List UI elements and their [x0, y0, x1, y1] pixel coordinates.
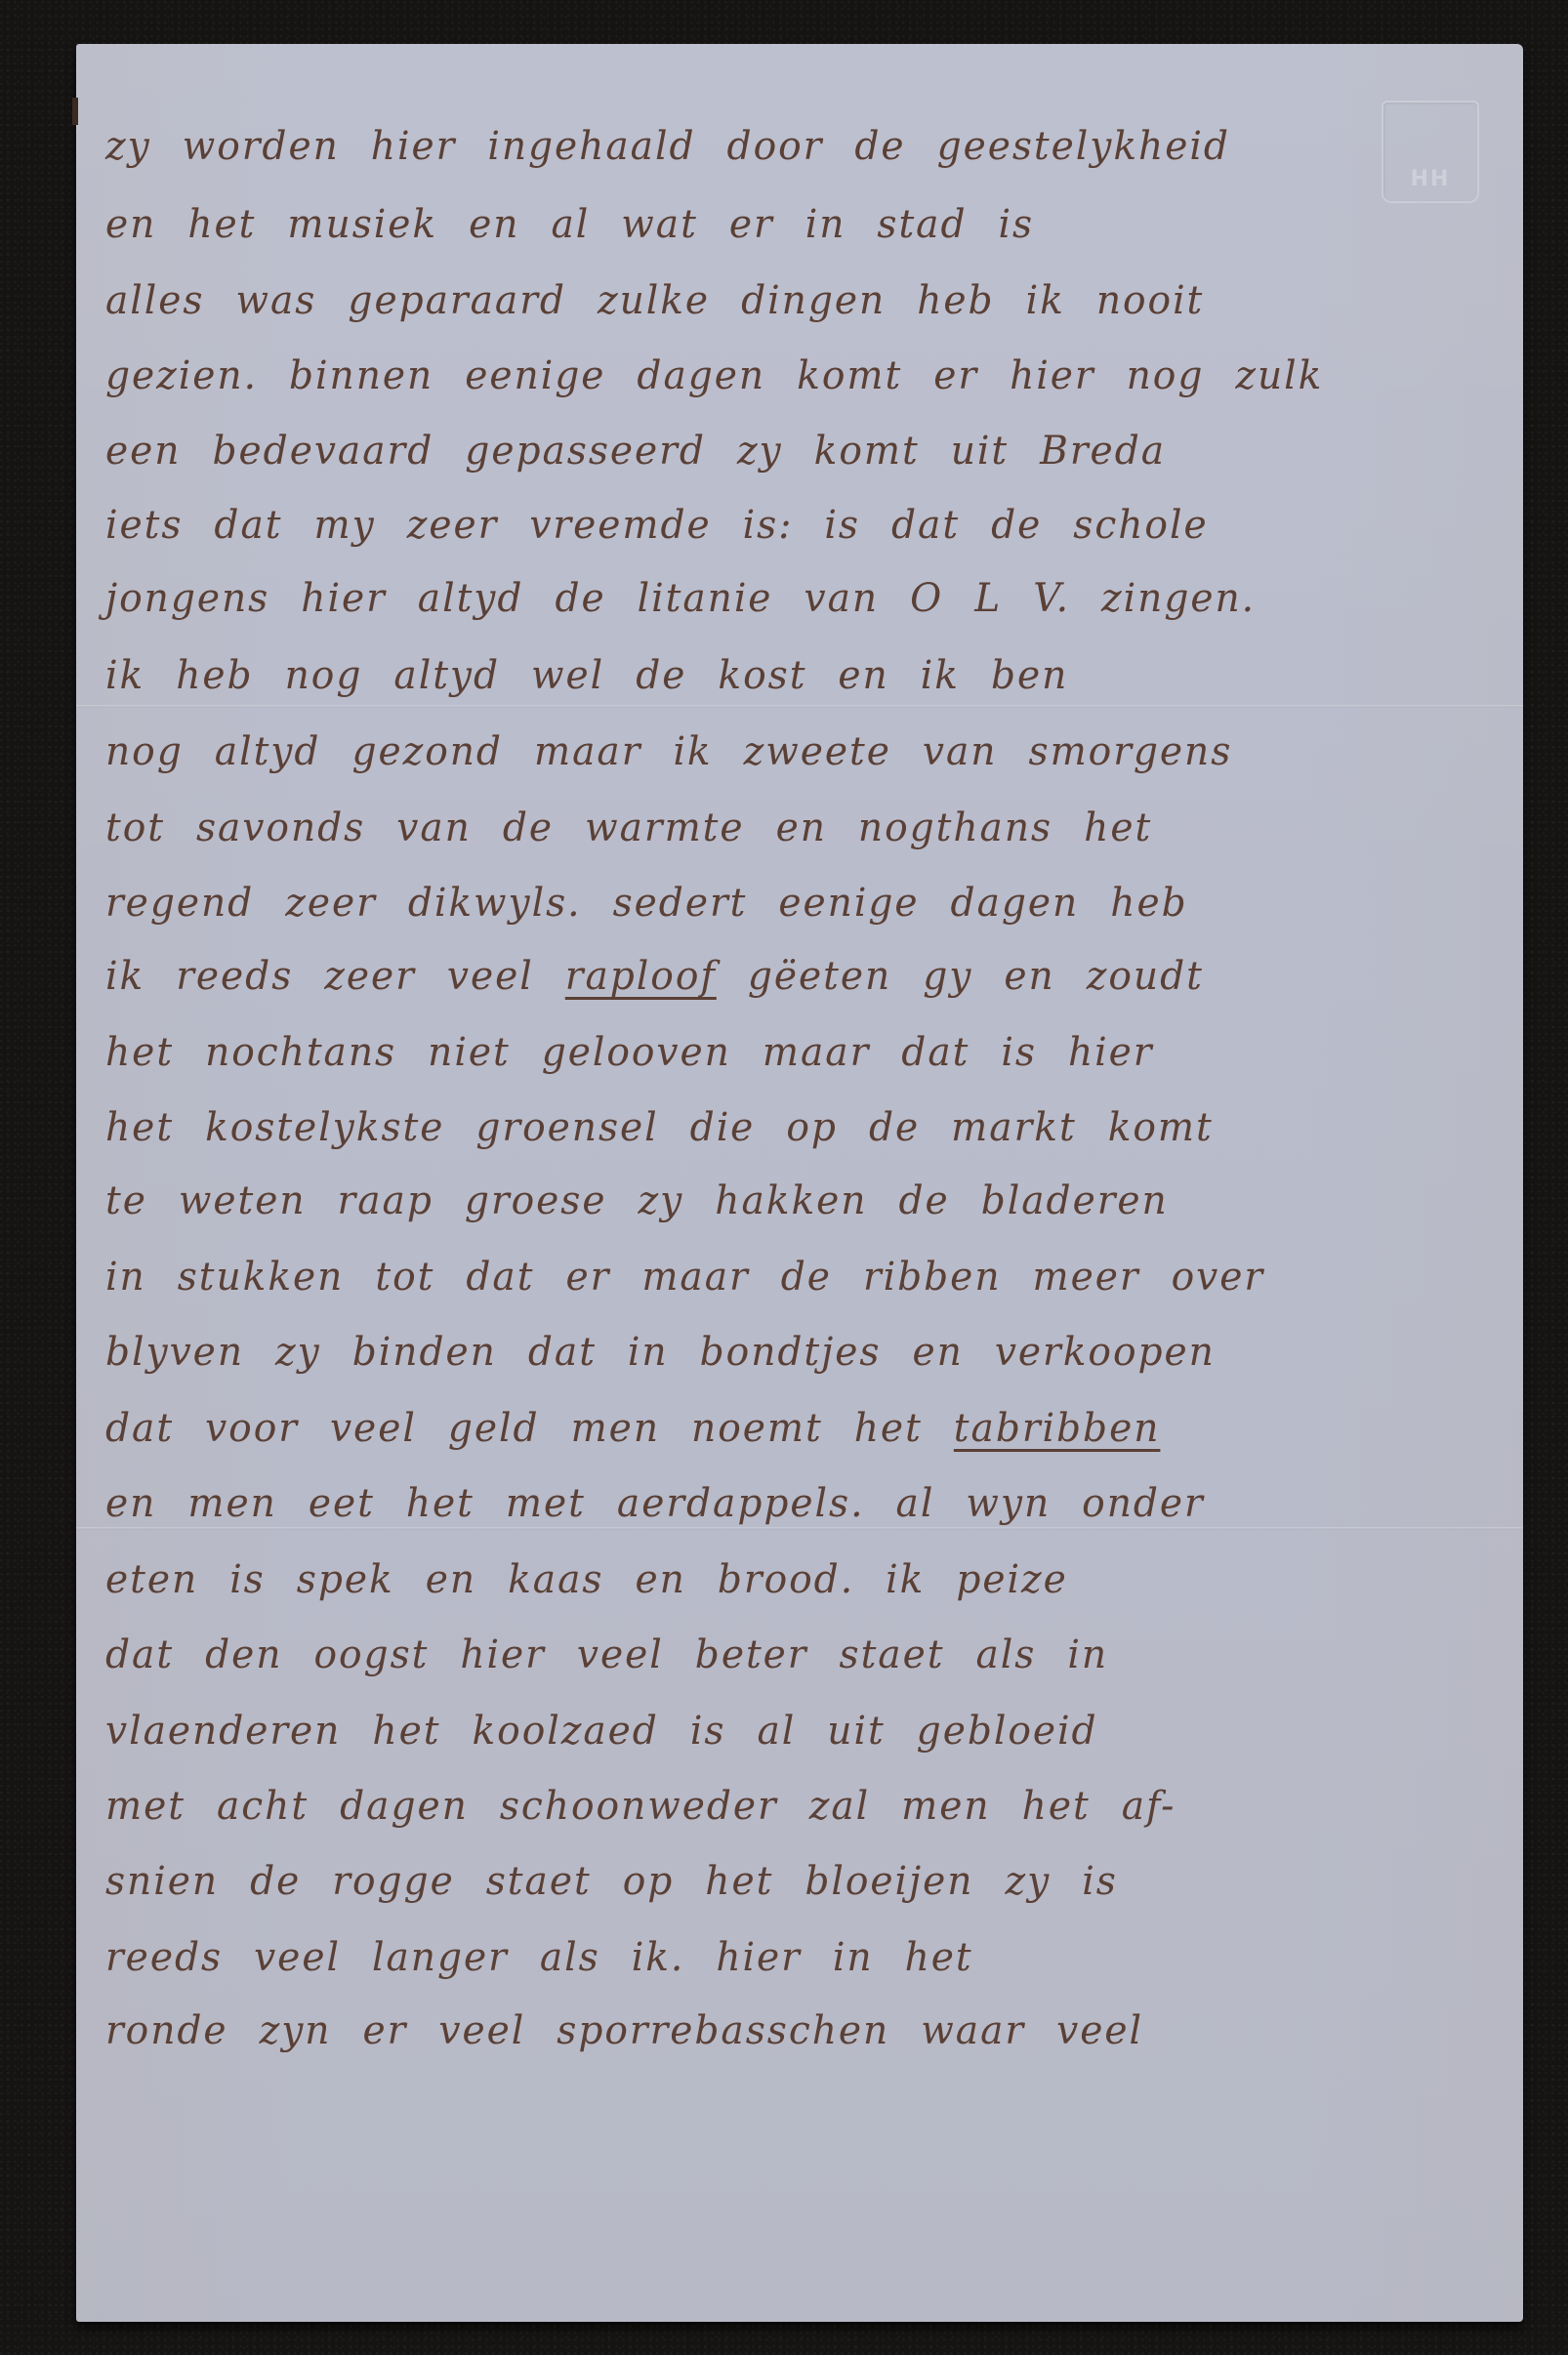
word: het — [1084, 806, 1152, 850]
word: nochtans — [205, 1030, 396, 1075]
word: die — [690, 1105, 756, 1150]
text-line: het kostelykste groensel die op de markt… — [105, 1103, 1482, 1152]
word: de — [899, 1178, 950, 1223]
word: raap — [338, 1178, 433, 1223]
word: het — [105, 1030, 174, 1075]
word: veel — [254, 1935, 341, 1980]
word: dagen — [637, 353, 765, 398]
word: al — [896, 1481, 935, 1526]
word: de — [869, 1105, 920, 1150]
word: dat — [528, 1330, 597, 1375]
word: een — [105, 429, 181, 474]
word: het — [372, 1709, 440, 1754]
text-line: dat den oogst hier veel beter staet als … — [105, 1631, 1482, 1679]
word: heb — [917, 278, 994, 323]
word: ik — [105, 954, 144, 999]
text-line: nog altyd gezond maar ik zweete van smor… — [105, 727, 1482, 776]
word: met — [506, 1481, 586, 1526]
word: stad — [877, 202, 967, 247]
word: gezien. — [105, 353, 258, 398]
word: snien — [105, 1859, 219, 1904]
word: de — [636, 653, 686, 698]
text-line: iets dat my zeer vreemde is: is dat de s… — [105, 501, 1482, 550]
word: stukken — [178, 1255, 345, 1300]
text-line: en het musiek en al wat er in stad is — [105, 200, 1482, 249]
word: zingen. — [1101, 576, 1256, 621]
word: brood. — [718, 1557, 854, 1602]
word: het — [105, 1105, 174, 1150]
word: niet — [428, 1030, 511, 1075]
word: hakken — [715, 1178, 867, 1223]
text-line: ik reeds zeer veel raploof gëeten gy en … — [105, 952, 1482, 1001]
word: is — [1082, 1859, 1118, 1904]
word: heb — [1110, 881, 1187, 926]
word: bedevaard — [212, 429, 433, 474]
text-line: eten is spek en kaas en brood. ik peize — [105, 1555, 1482, 1604]
word: af- — [1122, 1784, 1176, 1829]
word: de — [781, 1255, 832, 1300]
word: dat — [214, 503, 282, 548]
word: hier — [716, 1935, 801, 1980]
word: al — [551, 202, 590, 247]
text-line: regend zeer dikwyls. sedert eenige dagen… — [105, 879, 1482, 928]
text-line: zy worden hier ingehaald door de geestel… — [105, 122, 1482, 171]
word: maar — [641, 1255, 749, 1300]
word: warmte — [585, 806, 744, 850]
word: zy — [1006, 1859, 1052, 1904]
word: ben — [991, 653, 1068, 698]
word: geld — [448, 1406, 540, 1451]
word: eenige — [778, 881, 919, 926]
word: is: — [743, 503, 794, 548]
word: het — [905, 1935, 973, 1980]
word: dat — [105, 1632, 174, 1677]
word: ik. — [632, 1935, 685, 1980]
word: alles — [105, 278, 204, 323]
text-line: een bedevaard gepasseerd zy komt uit Bre… — [105, 427, 1482, 475]
word: langer — [372, 1935, 509, 1980]
text-line: blyven zy binden dat in bondtjes en verk… — [105, 1328, 1482, 1377]
word: O — [910, 576, 943, 621]
text-line: en men eet het met aerdappels. al wyn on… — [105, 1479, 1482, 1528]
underlined-word: raploof — [565, 954, 717, 999]
word: komt — [797, 353, 902, 398]
word: van — [396, 806, 472, 850]
word: en — [426, 1557, 476, 1602]
word: in — [105, 1255, 146, 1300]
word: Breda — [1040, 429, 1166, 474]
text-line: tot savonds van de warmte en nogthans he… — [105, 804, 1482, 852]
word: reeds — [105, 1935, 223, 1980]
word: veel — [330, 1406, 417, 1451]
word: is — [824, 503, 860, 548]
word: bloeijen — [805, 1859, 973, 1904]
word: vreemde — [529, 503, 711, 548]
word: hier — [460, 1632, 545, 1677]
word: peize — [956, 1557, 1067, 1602]
word: kaas — [508, 1557, 603, 1602]
word: zal — [809, 1784, 870, 1829]
word: zy — [737, 429, 783, 474]
word: koolzaed — [472, 1709, 658, 1754]
word: hier — [1068, 1030, 1153, 1075]
word: als — [540, 1935, 600, 1980]
word: reeds — [176, 954, 293, 999]
word: bladeren — [981, 1178, 1169, 1223]
word: dingen — [741, 278, 886, 323]
word: oogst — [313, 1632, 429, 1677]
word: staet — [840, 1632, 945, 1677]
word: groensel — [475, 1105, 658, 1150]
word: en — [838, 653, 888, 698]
word: de — [503, 806, 554, 850]
word: het — [705, 1859, 773, 1904]
word: altyd — [418, 576, 524, 621]
word: acht — [217, 1784, 309, 1829]
word: is — [229, 1557, 266, 1602]
text-line: jongens hier altyd de litanie van O L V.… — [105, 574, 1482, 623]
word: noemt — [691, 1406, 823, 1451]
word: en — [776, 806, 827, 850]
word: ronde — [105, 2008, 228, 2053]
word: smorgens — [1029, 729, 1233, 774]
word: weten — [179, 1178, 307, 1223]
word: beter — [695, 1632, 808, 1677]
word: zy — [105, 124, 151, 169]
word: zweete — [744, 729, 891, 774]
word: waar — [921, 2008, 1025, 2053]
word: geestelykheid — [937, 124, 1230, 169]
word: in — [805, 202, 846, 247]
word: de — [555, 576, 605, 621]
word: ik — [886, 1557, 925, 1602]
word: eet — [309, 1481, 375, 1526]
word: my — [314, 503, 376, 548]
word: blyven — [105, 1330, 244, 1375]
word: litanie — [638, 576, 773, 621]
word: kostelykste — [205, 1105, 444, 1150]
word: zeer — [407, 503, 499, 548]
word: tot — [105, 806, 165, 850]
word: in — [628, 1330, 669, 1375]
word: ik — [1026, 278, 1065, 323]
word: van — [923, 729, 998, 774]
word: het — [1022, 1784, 1091, 1829]
word: er — [933, 353, 978, 398]
word: schole — [1073, 503, 1208, 548]
word: ribben — [863, 1255, 1002, 1300]
word: nog — [285, 653, 363, 698]
word: hier — [371, 124, 456, 169]
word: gebloeid — [917, 1709, 1098, 1754]
text-line: reeds veel langer als ik. hier in het — [105, 1933, 1482, 1982]
word: er — [729, 202, 774, 247]
word: maar — [763, 1030, 870, 1075]
word: sedert — [613, 881, 748, 926]
word: door — [727, 124, 824, 169]
word: bondtjes — [700, 1330, 882, 1375]
word: en — [636, 1557, 686, 1602]
word: ingehaald — [487, 124, 695, 169]
word: en — [1004, 954, 1054, 999]
word: jongens — [105, 576, 269, 621]
word: komt — [1108, 1105, 1214, 1150]
word: wel — [531, 653, 604, 698]
word: staet — [486, 1859, 592, 1904]
word: meer — [1033, 1255, 1140, 1300]
text-line: vlaenderen het koolzaed is al uit gebloe… — [105, 1707, 1482, 1756]
word: gezond — [351, 729, 503, 774]
word: was — [236, 278, 317, 323]
word: sporrebasschen — [557, 2008, 889, 2053]
word: dat — [901, 1030, 970, 1075]
word: regend — [105, 881, 254, 926]
word: maar — [534, 729, 641, 774]
word: V. — [1033, 576, 1070, 621]
word: dagen — [951, 881, 1080, 926]
word: gëeten — [748, 954, 891, 999]
word: men — [901, 1784, 990, 1829]
word: aerdappels. — [617, 1481, 865, 1526]
word: rogge — [332, 1859, 454, 1904]
word: er — [363, 2008, 408, 2053]
word: uit — [951, 429, 1009, 474]
handwritten-text: zy worden hier ingehaald door de geestel… — [76, 44, 1523, 2322]
word: op — [623, 1859, 675, 1904]
word: zulke — [598, 278, 710, 323]
word: zy — [275, 1330, 321, 1375]
word: ik — [673, 729, 712, 774]
word: markt — [951, 1105, 1076, 1150]
word: worden — [183, 124, 340, 169]
word: eten — [105, 1557, 198, 1602]
word: dat — [105, 1406, 174, 1451]
word: musiek — [287, 202, 437, 247]
word: men — [571, 1406, 660, 1451]
letter-page: HH zy worden hier ingehaald door de gees… — [76, 44, 1523, 2322]
word: is — [1001, 1030, 1037, 1075]
word: dikwyls. — [408, 881, 582, 926]
word: zulk — [1235, 353, 1323, 398]
word: heb — [176, 653, 253, 698]
word: de — [991, 503, 1042, 548]
text-line: ik heb nog altyd wel de kost en ik ben — [105, 651, 1482, 700]
word: en — [469, 202, 519, 247]
word: spek — [297, 1557, 394, 1602]
word: als — [975, 1632, 1036, 1677]
word: geparaard — [348, 278, 566, 323]
word: zyn — [260, 2008, 332, 2053]
word: kost — [718, 653, 806, 698]
word: wat — [621, 202, 698, 247]
word: zy — [639, 1178, 684, 1223]
word: ik — [105, 653, 144, 698]
word: komt — [814, 429, 920, 474]
word: ik — [921, 653, 960, 698]
word: gepasseerd — [465, 429, 706, 474]
word: men — [187, 1481, 276, 1526]
text-line: het nochtans niet gelooven maar dat is h… — [105, 1028, 1482, 1077]
word: eenige — [465, 353, 605, 398]
word: onder — [1082, 1481, 1205, 1526]
word: gelooven — [542, 1030, 731, 1075]
word: op — [786, 1105, 838, 1150]
word: verkoopen — [995, 1330, 1216, 1375]
word: het — [406, 1481, 475, 1526]
word: veel — [447, 954, 534, 999]
word: en — [105, 1481, 156, 1526]
underlined-word: tabribben — [954, 1406, 1161, 1451]
word: altyd — [393, 653, 500, 698]
word: is — [690, 1709, 726, 1754]
word: binnen — [289, 353, 433, 398]
word: te — [105, 1178, 147, 1223]
word: zeer — [285, 881, 377, 926]
word: met — [105, 1784, 186, 1829]
word: in — [1067, 1632, 1108, 1677]
word: over — [1172, 1255, 1264, 1300]
text-line: ronde zyn er veel sporrebasschen waar ve… — [105, 2006, 1482, 2055]
word: savonds — [196, 806, 365, 850]
word: schoonweder — [500, 1784, 778, 1829]
word: nog — [105, 729, 184, 774]
word: nooit — [1096, 278, 1204, 323]
word: den — [205, 1632, 282, 1677]
word: voor — [205, 1406, 299, 1451]
text-line: alles was geparaard zulke dingen heb ik … — [105, 276, 1482, 325]
text-line: gezien. binnen eenige dagen komt er hier… — [105, 351, 1482, 400]
word: gy — [923, 954, 972, 999]
text-line: snien de rogge staet op het bloeijen zy … — [105, 1857, 1482, 1906]
word: veel — [577, 1632, 664, 1677]
text-line: dat voor veel geld men noemt het tabribb… — [105, 1404, 1482, 1453]
word: binden — [352, 1330, 497, 1375]
word: groese — [465, 1178, 607, 1223]
word: L — [974, 576, 1002, 621]
text-line: in stukken tot dat er maar de ribben mee… — [105, 1253, 1482, 1301]
word: al — [757, 1709, 796, 1754]
word: het — [187, 202, 256, 247]
word: en — [105, 202, 156, 247]
word: de — [250, 1859, 301, 1904]
word: in — [833, 1935, 874, 1980]
word: nogthans — [858, 806, 1052, 850]
text-line: met acht dagen schoonweder zal men het a… — [105, 1782, 1482, 1831]
word: zeer — [324, 954, 416, 999]
word: de — [854, 124, 905, 169]
word: altyd — [215, 729, 321, 774]
word: dat — [466, 1255, 534, 1300]
word: van — [804, 576, 879, 621]
word: veel — [438, 2008, 525, 2053]
text-line: te weten raap groese zy hakken de blader… — [105, 1177, 1482, 1225]
word: tot — [375, 1255, 434, 1300]
word: het — [854, 1406, 923, 1451]
word: en — [912, 1330, 963, 1375]
word: hier — [1010, 353, 1094, 398]
word: is — [999, 202, 1035, 247]
word: dagen — [340, 1784, 469, 1829]
word: uit — [827, 1709, 885, 1754]
word: er — [565, 1255, 610, 1300]
word: vlaenderen — [105, 1709, 341, 1754]
word: iets — [105, 503, 183, 548]
word: veel — [1056, 2008, 1143, 2053]
word: wyn — [966, 1481, 1051, 1526]
word: dat — [891, 503, 960, 548]
word: nog — [1127, 353, 1205, 398]
word: hier — [301, 576, 386, 621]
word: zoudt — [1087, 954, 1204, 999]
